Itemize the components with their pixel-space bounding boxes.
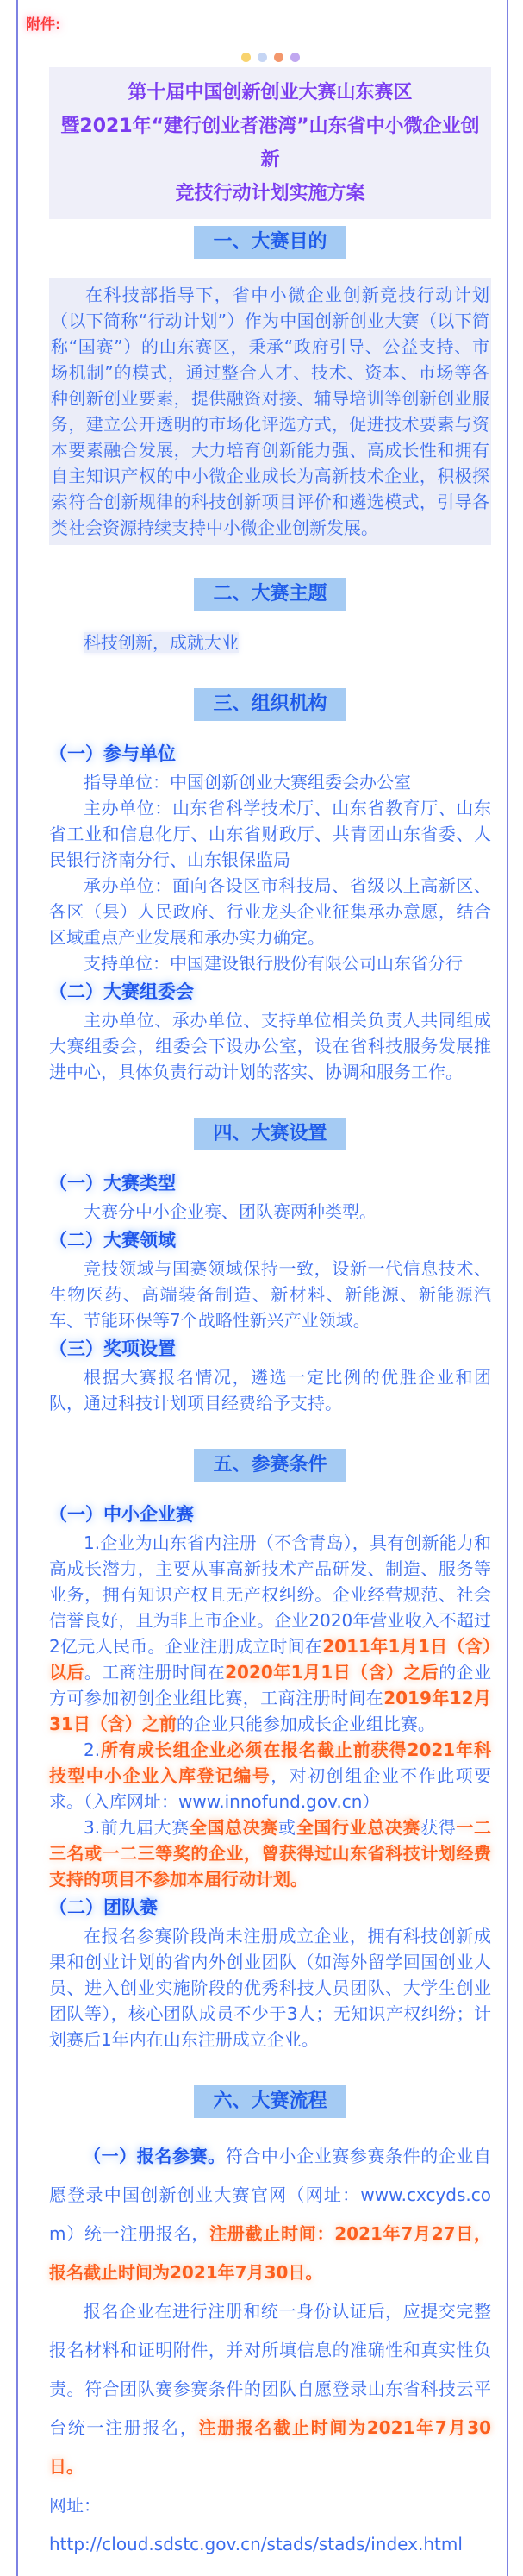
paragraph: 3.前九届大赛全国总决赛或全国行业总决赛获得一二三名或一二三等奖的企业，曾获得过… (49, 1814, 491, 1892)
text-segment: 指导单位：中国创新创业大赛组委会办公室 (84, 772, 411, 793)
emphasis-text: 全国行业总决赛 (296, 1817, 420, 1838)
decorative-dot-1 (241, 53, 251, 62)
section-header: 四、大赛设置 (194, 1118, 346, 1150)
paragraph: 主办单位：山东省科学技术厅、山东省教育厅、山东省工业和信息化厅、山东省财政厅、共… (49, 795, 491, 873)
text-segment: 支持单位：中国建设银行股份有限公司山东省分行 (84, 953, 463, 974)
lead-text: （一）报名参赛。 (84, 2146, 226, 2166)
section-header-row: 四、大赛设置 (49, 1118, 491, 1150)
title-line-3: 竞技行动计划实施方案 (54, 177, 486, 210)
text-segment: 主办单位：山东省科学技术厅、山东省教育厅、山东省工业和信息化厅、山东省财政厅、共… (49, 798, 491, 870)
text-segment: 在科技部指导下，省中小微企业创新竞技行动计划（以下简称“行动计划”）作为中国创新… (51, 285, 489, 538)
title-line-1: 第十届中国创新创业大赛山东赛区 (54, 76, 486, 110)
right-border-line (507, 0, 508, 2576)
text-segment: 主办单位、承办单位、支持单位相关负责人共同组成大赛组委会，组委会下设办公室，设在… (49, 1010, 491, 1082)
paragraph: 在科技部指导下，省中小微企业创新竞技行动计划（以下简称“行动计划”）作为中国创新… (49, 278, 491, 545)
subsection-heading: （一）大赛类型 (49, 1169, 491, 1197)
subsection-heading: （二）团队赛 (49, 1894, 491, 1921)
paragraph: 科技创新，成就大业 (49, 630, 491, 655)
paragraph: 指导单位：中国创新创业大赛组委会办公室 (49, 769, 491, 795)
paragraph: 在报名参赛阶段尚未注册成立企业，拥有科技创新成果和创业计划的省内外创业团队（如海… (49, 1923, 491, 2053)
subsection-heading: （一）中小企业赛 (49, 1501, 491, 1528)
text-segment: 或 (278, 1817, 296, 1838)
decorative-dot-2 (258, 53, 267, 62)
bottom-spacer (49, 2564, 491, 2576)
section-header-row: 二、大赛主题 (49, 578, 491, 611)
section-header-row: 三、组织机构 (49, 688, 491, 721)
paragraph: 报名企业在进行注册和统一身份认证后，应提交完整报名材料和证明附件，并对所填信息的… (49, 2292, 491, 2486)
paragraph: 竞技领域与国赛领域保持一致，设新一代信息技术、生物医药、高端装备制造、新材料、新… (49, 1256, 491, 1333)
text-segment: 网址： (49, 2495, 101, 2516)
text-segment: 竞技领域与国赛领域保持一致，设新一代信息技术、生物医药、高端装备制造、新材料、新… (49, 1258, 491, 1331)
section-header-row: 一、大赛目的 (49, 226, 491, 259)
subsection-heading: （二）大赛领域 (49, 1226, 491, 1254)
text-segment: 根据大赛报名情况，遴选一定比例的优胜企业和团队，通过科技计划项目经费给予支持。 (49, 1367, 491, 1413)
article-title: 第十届中国创新创业大赛山东赛区 暨2021年“建行创业者港湾”山东省中小微企业创… (49, 67, 491, 219)
section-header: 六、大赛流程 (194, 2085, 346, 2118)
url-paragraph: http://cloud.sdstc.gov.cn/stads/stads/in… (49, 2525, 491, 2564)
paragraph: 2.所有成长组企业必须在报名截止前获得2021年科技型中小企业入库登记编号，对初… (49, 1737, 491, 1814)
text-segment: 承办单位：面向各设区市科技局、省级以上高新区、各区（县）人民政府、行业龙头企业征… (49, 875, 491, 948)
section-header: 一、大赛目的 (194, 226, 346, 259)
content-column: 附件: 第十届中国创新创业大赛山东赛区 暨2021年“建行创业者港湾”山东省中小… (49, 12, 491, 2576)
article-page: 附件: 第十届中国创新创业大赛山东赛区 暨2021年“建行创业者港湾”山东省中小… (0, 0, 523, 2576)
subsection-heading: （一）参与单位 (49, 740, 491, 768)
text-segment: 的企业只能参加成长企业组比赛。 (177, 1714, 435, 1734)
theme-text: 科技创新，成就大业 (84, 632, 239, 653)
emphasis-text: 2020年1月1日（含）之后 (225, 1662, 439, 1683)
section-header: 三、组织机构 (194, 688, 346, 721)
section-header: 二、大赛主题 (194, 578, 346, 611)
section-header-row: 六、大赛流程 (49, 2085, 491, 2118)
paragraph: 根据大赛报名情况，遴选一定比例的优胜企业和团队，通过科技计划项目经费给予支持。 (49, 1364, 491, 1416)
paragraph: 1.企业为山东省内注册（不含青岛），具有创新能力和高成长潜力，主要从事高新技术产… (49, 1530, 491, 1737)
subsection-heading: （三）奖项设置 (49, 1335, 491, 1363)
decorative-dot-3 (274, 53, 283, 62)
text-segment: 3.前九届大赛 (84, 1817, 190, 1838)
paragraph: （一）报名参赛。符合中小企业赛参赛条件的企业自愿登录中国创新创业大赛官网（网址：… (49, 2137, 491, 2292)
subsection-heading: （二）大赛组委会 (49, 978, 491, 1006)
text-segment: 大赛分中小企业赛、团队赛两种类型。 (84, 1201, 377, 1222)
text-segment: 获得 (420, 1817, 456, 1838)
paragraph: 支持单位：中国建设银行股份有限公司山东省分行 (49, 950, 491, 976)
title-line-2: 暨2021年“建行创业者港湾”山东省中小微企业创新 (54, 110, 486, 177)
document-body: 一、大赛目的在科技部指导下，省中小微企业创新竞技行动计划（以下简称“行动计划”）… (49, 226, 491, 2564)
decorative-dot-4 (290, 53, 300, 62)
paragraph: 主办单位、承办单位、支持单位相关负责人共同组成大赛组委会，组委会下设办公室，设在… (49, 1007, 491, 1085)
paragraph: 网址： (49, 2486, 491, 2525)
text-segment: 在报名参赛阶段尚未注册成立企业，拥有科技创新成果和创业计划的省内外创业团队（如海… (49, 1926, 491, 2050)
attachment-label: 附件: (26, 12, 491, 34)
text-segment: 。工商注册时间在 (84, 1662, 225, 1683)
decor-dots (49, 53, 491, 62)
text-segment: 2. (84, 1739, 100, 1760)
paragraph: 承办单位：面向各设区市科技局、省级以上高新区、各区（县）人民政府、行业龙头企业征… (49, 873, 491, 950)
left-border-line (16, 0, 18, 2576)
url-text: http://cloud.sdstc.gov.cn/stads/stads/in… (49, 2534, 463, 2554)
emphasis-text: 全国总决赛 (190, 1817, 278, 1838)
section-header: 五、参赛条件 (194, 1449, 346, 1482)
section-header-row: 五、参赛条件 (49, 1449, 491, 1482)
paragraph: 大赛分中小企业赛、团队赛两种类型。 (49, 1199, 491, 1225)
